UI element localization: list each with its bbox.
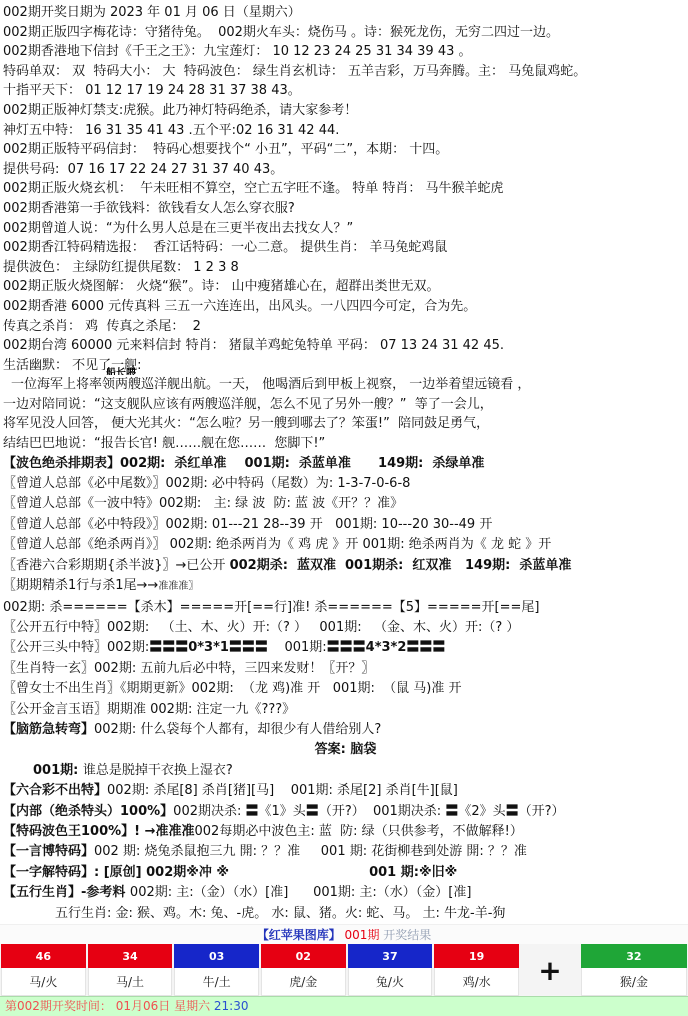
text-line: 五行生肖: 金: 猴、鸡。木: 兔、-虎。 水: 鼠、猪。火: 蛇、马。 土: … (3, 904, 688, 924)
text-segment: 五行生肖: 金: 猴、鸡。木: 兔、-虎。 水: 鼠、猪。火: 蛇、马。 土: … (55, 906, 505, 921)
text-line: 提供波色： 主绿防红提供尾数： 1 2 3 8 (3, 258, 688, 278)
ball-number: 37 (348, 944, 433, 968)
zodiac-element-label: 兔/火 (348, 968, 433, 996)
text-segment: 〓〓〓4*3*2〓〓〓 (327, 640, 446, 655)
text-segment: 002期香港 6000 元传真料 三五一六连连出，出风头。一八四四今可定，合为先… (3, 299, 476, 314)
text-segment: 十指平天下： 01 12 17 19 24 28 31 37 38 43。 (3, 83, 301, 98)
text-line: 【脑筋急转弯】002期: 什么袋每个人都有，却很少有人借给别人? (3, 720, 688, 740)
special-number-column: 32猴/金 (580, 944, 688, 996)
text-segment: 答案: 脑袋 (315, 742, 377, 757)
text-segment: 〓 (445, 804, 458, 819)
draw-time-label: 第002期开奖时间： 01月06日 星期六 (5, 999, 214, 1013)
text-line: 〖香港六合彩期期{杀半波}〗→已公开 002期杀: 蓝双准 001期杀: 红双准… (3, 556, 688, 576)
text-line: 结结巴巴地说：“报告长官! 舰……舰在您…… 您脚下!” (3, 434, 688, 454)
text-line: 002期香港地下信封《千王之王》：九宝莲灯： 10 12 23 24 25 31… (3, 42, 688, 62)
text-line: 002期: 杀======【杀木】=====开[==行]准! 杀======【5… (3, 598, 688, 618)
text-segment: 002期香江特码精选报： 香江话特码：一心二意。 提供生肖： 羊马兔蛇鸡鼠 (3, 240, 447, 255)
text-line: 〖曾女士不出生肖〗《期期更新》002期: （龙 鸡)准 开 001期: （鼠 马… (3, 679, 688, 699)
text-line: 特码单双： 双 特码大小： 大 特码波色： 绿生肖玄机诗： 五羊吉彩，万马奔腾。… (3, 62, 688, 82)
text-segment: 〖香港六合彩期期{杀半波}〗→已公开 (3, 558, 230, 573)
draw-time-bar: 第002期开奖时间： 01月06日 星期六 21:30 (0, 996, 688, 1016)
text-line: 002期正版四字梅花诗：守猪待兔。 002期火车头：烧伤马 。诗：猴死龙伤，无穷… (3, 23, 688, 43)
text-line: 【特码波色王100%】! →准准准002每期必中波色主: 蓝 防: 绿（只供参考… (3, 822, 688, 842)
text-segment: 【特码波色王100%】! →准准准 (3, 824, 195, 839)
text-segment: 002期正版四字梅花诗：守猪待兔。 002期火车头：烧伤马 。诗：猴死龙伤，无穷… (3, 25, 559, 40)
text-segment: 002每期必中波色主: 蓝 防: 绿（只供参考，不做解释!） (195, 824, 523, 839)
text-line: 001期: 谁总是脱掉干衣换上湿衣? (3, 761, 688, 781)
text-segment: 〖期期精杀1行与杀1尾→→ (3, 578, 158, 593)
draw-time-value: 21:30 (214, 999, 249, 1013)
tips-block-bottom: 【波色绝杀排期表】002期: 杀红单准 001期: 杀蓝单准 149期: 杀绿单… (0, 454, 688, 924)
text-line: 一位海军上将率领两艘巡洋舰出航。一天， 他喝酒后到甲板上视察， 一边举着望远镜看… (3, 375, 688, 395)
ball-number: 34 (88, 944, 173, 968)
ball-number: 02 (261, 944, 346, 968)
text-line: 002期香港 6000 元传真料 三五一六连连出，出风头。一八四四今可定，合为先… (3, 297, 688, 317)
text-segment: 〖曾道人总部《一波中特》002期: 主: 绿 波 防: 蓝 波《开？？准》 (3, 496, 403, 511)
text-segment: 〓 (506, 804, 519, 819)
text-line: 【六合彩不出特】002期: 杀尾[8] 杀肖[猪][马] 001期: 杀尾[2]… (3, 781, 688, 801)
text-line: 002期台湾 60000 元来料信封 特肖： 猪鼠羊鸡蛇兔特单 平码： 07 1… (3, 336, 688, 356)
text-segment: 002期: 杀尾[8] 杀肖[猪][马] 001期: 杀尾[2] 杀肖[牛][鼠… (107, 783, 458, 798)
text-segment: 〓 (246, 804, 259, 819)
text-segment: 《1》头 (259, 804, 306, 819)
text-segment: 〓 (306, 804, 319, 819)
text-segment: 准准准〗 (158, 581, 198, 592)
drawn-number-column: 03牛/土 (173, 944, 260, 996)
text-line: 答案: 脑袋 (3, 740, 688, 760)
zodiac-element-label: 猴/金 (581, 968, 687, 996)
text-line: 【波色绝杀排期表】002期: 杀红单准 001期: 杀蓝单准 149期: 杀绿单… (3, 454, 688, 474)
text-line: 〖公开五行中特〗002期: （土、木、火）开:（? ） 001期: （金、木、火… (3, 618, 688, 638)
zodiac-element-label: 鸡/水 (434, 968, 519, 996)
text-segment: 【一言博特码】 (3, 844, 94, 859)
drawn-number-column: 02虎/金 (260, 944, 347, 996)
text-line: 【内部（绝杀特头）100%】002期决杀: 〓《1》头〓（开?） 001期决杀:… (3, 802, 688, 822)
gallery-result-label: 开奖结果 (379, 928, 431, 942)
text-segment: 一边对陪同说：“这支舰队应该有两艘巡洋舰，怎么不见了另外一艘？” 等了一会儿， (3, 397, 493, 412)
zodiac-element-label: 马/土 (88, 968, 173, 996)
ball-number: 03 (174, 944, 259, 968)
text-line: 【一字解特码】: [原创] 002期※冲 ※001 期:※旧※ (3, 863, 688, 883)
text-segment: 001 期:※旧※ (369, 865, 457, 880)
gallery-issue: 001期 (341, 928, 380, 942)
text-segment: 〖曾女士不出生肖〗《期期更新》002期: （龙 鸡)准 开 001期: （鼠 马… (3, 681, 462, 696)
drawn-number-column: 34马/土 (87, 944, 174, 996)
text-line: 一边对陪同说：“这支舰队应该有两艘巡洋舰，怎么不见了另外一艘？” 等了一会儿， (3, 395, 688, 415)
text-segment: 002期杀: 蓝双准 001期杀: 红双准 149期: 杀蓝单准 (230, 558, 572, 573)
text-segment: 〓〓〓0*3*1〓〓〓 (149, 640, 268, 655)
text-segment: 神灯五中特： 16 31 35 41 43 .五个平:02 16 31 42 4… (3, 123, 339, 138)
text-segment: 船长喂 (106, 364, 136, 376)
text-line: 〖曾道人总部《一波中特》002期: 主: 绿 波 防: 蓝 波《开？？准》 (3, 494, 688, 514)
text-segment: 002期正版火烧玄机： 午未旺相不算空，空亡五字旺不逢。 特单 特肖： 马牛猴羊… (3, 181, 503, 196)
ball-number: 46 (1, 944, 86, 968)
text-line: 提供号码: 07 16 17 22 24 27 31 37 40 43。 (3, 160, 688, 180)
text-segment: 〖曾道人总部《绝杀两肖》〗 002期: 绝杀两肖为《 鸡 虎 》开 001期: … (3, 537, 551, 552)
text-segment: 提供号码: 07 16 17 22 24 27 31 37 40 43。 (3, 162, 283, 177)
text-line: 生活幽默： 不见了一舰:船长喂 (3, 356, 688, 376)
text-segment: 〖曾道人总部《必中特段》〗002期: 01---21 28--39 开 001期… (3, 517, 492, 532)
text-segment: 002期台湾 60000 元来料信封 特肖： 猪鼠羊鸡蛇兔特单 平码： 07 1… (3, 338, 504, 353)
text-line: 002期正版特平码信封： 特码心想要找个“ 小丑”，平码“二”，本期： 十四。 (3, 140, 688, 160)
text-segment: 002期: 主:（金）（水）[准] 001期: 主:（水）（金）[准] (130, 885, 472, 900)
text-line: 002期正版神灯禁支:虎猴。此乃神灯特码绝杀，请大家参考！ (3, 101, 688, 121)
text-line: 002期香港第一手欲钱料：欲钱看女人怎么穿衣服? (3, 199, 688, 219)
text-segment: 002期香港地下信封《千王之王》：九宝莲灯： 10 12 23 24 25 31… (3, 44, 472, 59)
text-segment: 《2》头 (458, 804, 505, 819)
text-segment: 【脑筋急转弯】 (3, 722, 94, 737)
text-line: 将军见没人回答， 便大光其火：“怎么啦？另一艘到哪去了？笨蛋!” 陪同鼓足勇气， (3, 414, 688, 434)
text-segment: 结结巴巴地说：“报告长官! 舰……舰在您…… 您脚下!” (3, 436, 325, 451)
text-line: 【五行生肖】-参考料 002期: 主:（金）（水）[准] 001期: 主:（水）… (3, 883, 688, 903)
text-line: 〖期期精杀1行与杀1尾→→准准准〗 (3, 576, 688, 597)
text-segment: 002期正版神灯禁支:虎猴。此乃神灯特码绝杀，请大家参考！ (3, 103, 357, 118)
drawn-number-column: 46马/火 (0, 944, 87, 996)
lottery-result-table: 46马/火34马/土03牛/土02虎/金37兔/火19鸡/水+32猴/金 (0, 944, 688, 996)
text-segment: 〖公开三头中特〗002期: (3, 640, 149, 655)
text-segment: 002 期: 烧兔杀鼠抱三九 開: ？？准 001 期: 花街柳巷到处游 開: … (94, 844, 527, 859)
text-segment: 谁总是脱掉干衣换上湿衣? (83, 763, 233, 778)
text-segment: 【一字解特码】: [原创] 002期※冲 ※ (3, 865, 229, 880)
text-segment: 〖生肖特一玄〗002期: 五前九后必中特，三四来发财！〖开？〗 (3, 661, 374, 676)
text-line: 〖公开三头中特〗002期:〓〓〓0*3*1〓〓〓 001期:〓〓〓4*3*2〓〓… (3, 638, 688, 658)
text-line: 神灯五中特： 16 31 35 41 43 .五个平:02 16 31 42 4… (3, 121, 688, 141)
text-segment: 将军见没人回答， 便大光其火：“怎么啦？另一艘到哪去了？笨蛋!” 陪同鼓足勇气， (3, 416, 489, 431)
text-line: 〖曾道人总部《必中特段》〗002期: 01---21 28--39 开 001期… (3, 515, 688, 535)
plus-sign: + (520, 944, 580, 996)
text-segment: 002期开奖日期为 2023 年 01 月 06 日（星期六） (3, 5, 301, 20)
text-line: 十指平天下： 01 12 17 19 24 28 31 37 38 43。 (3, 81, 688, 101)
text-line: 002期开奖日期为 2023 年 01 月 06 日（星期六） (3, 3, 688, 23)
text-segment: 【五行生肖】-参考料 (3, 885, 130, 900)
text-line: 002期正版火烧玄机： 午未旺相不算空，空亡五字旺不逢。 特单 特肖： 马牛猴羊… (3, 179, 688, 199)
text-segment: 002期香港第一手欲钱料：欲钱看女人怎么穿衣服? (3, 201, 295, 216)
text-segment: 001期: (33, 763, 83, 778)
text-segment: 提供波色： 主绿防红提供尾数： 1 2 3 8 (3, 260, 239, 275)
gallery-header: 【红苹果图库】 001期 开奖结果 (0, 924, 688, 944)
text-line: 〖曾道人总部《必中尾数》〗002期: 必中特码（尾数）为: 1-3-7-0-6-… (3, 474, 688, 494)
zodiac-element-label: 牛/土 (174, 968, 259, 996)
text-segment: 〖曾道人总部《必中尾数》〗002期: 必中特码（尾数）为: 1-3-7-0-6-… (3, 476, 410, 491)
text-segment: 〖公开金言玉语〗期期准 002期: 注定一九《???》 (3, 702, 295, 717)
zodiac-element-label: 马/火 (1, 968, 86, 996)
text-segment: 〖公开五行中特〗002期: （土、木、火）开:（? ） 001期: （金、木、火… (3, 620, 519, 635)
text-segment: 一位海军上将率领两艘巡洋舰出航。一天， 他喝酒后到甲板上视察， 一边举着望远镜看… (11, 377, 530, 392)
text-segment: 特码单双： 双 特码大小： 大 特码波色： 绿生肖玄机诗： 五羊吉彩，万马奔腾。… (3, 64, 586, 79)
ball-number: 32 (581, 944, 687, 968)
text-line: 002期曾道人说：“为什么男人总是在三更半夜出去找女人？” (3, 219, 688, 239)
text-segment: 传真之杀肖： 鸡 传真之杀尾： 2 (3, 319, 201, 334)
text-line: 002期香江特码精选报： 香江话特码：一心二意。 提供生肖： 羊马兔蛇鸡鼠 (3, 238, 688, 258)
text-segment: 002期曾道人说：“为什么男人总是在三更半夜出去找女人？” (3, 221, 353, 236)
text-segment: 002期决杀: (173, 804, 245, 819)
text-segment: 002期正版火烧图解： 火烧“猴”。诗： 山中瘦猪雄心在，超群出类世无双。 (3, 279, 440, 294)
text-segment: 002期: 杀======【杀木】=====开[==行]准! 杀======【5… (3, 600, 539, 615)
ball-number: 19 (434, 944, 519, 968)
text-segment: 002期: 什么袋每个人都有，却很少有人借给别人? (94, 722, 381, 737)
text-segment: 002期正版特平码信封： 特码心想要找个“ 小丑”，平码“二”，本期： 十四。 (3, 142, 448, 157)
drawn-number-column: 19鸡/水 (433, 944, 520, 996)
text-segment: 001期: (268, 640, 327, 655)
page-root: 002期开奖日期为 2023 年 01 月 06 日（星期六）002期正版四字梅… (0, 0, 688, 1016)
gallery-title-link[interactable]: 【红苹果图库】 (257, 928, 341, 942)
text-segment: （开?） 001期决杀: (319, 804, 446, 819)
text-line: 〖生肖特一玄〗002期: 五前九后必中特，三四来发财！〖开？〗 (3, 659, 688, 679)
text-line: 【一言博特码】002 期: 烧兔杀鼠抱三九 開: ？？准 001 期: 花街柳巷… (3, 842, 688, 862)
text-line: 传真之杀肖： 鸡 传真之杀尾： 2 (3, 317, 688, 337)
text-line: 002期正版火烧图解： 火烧“猴”。诗： 山中瘦猪雄心在，超群出类世无双。 (3, 277, 688, 297)
text-segment: 【六合彩不出特】 (3, 783, 107, 798)
tips-block-top: 002期开奖日期为 2023 年 01 月 06 日（星期六）002期正版四字梅… (0, 0, 688, 454)
drawn-number-column: 37兔/火 (347, 944, 434, 996)
text-segment: 【内部（绝杀特头）100%】 (3, 804, 173, 819)
text-segment: 【波色绝杀排期表】002期: 杀红单准 001期: 杀蓝单准 149期: 杀绿单… (3, 456, 484, 471)
text-segment: （开?） (519, 804, 565, 819)
zodiac-element-label: 虎/金 (261, 968, 346, 996)
text-line: 〖公开金言玉语〗期期准 002期: 注定一九《???》 (3, 700, 688, 720)
text-line: 〖曾道人总部《绝杀两肖》〗 002期: 绝杀两肖为《 鸡 虎 》开 001期: … (3, 535, 688, 555)
